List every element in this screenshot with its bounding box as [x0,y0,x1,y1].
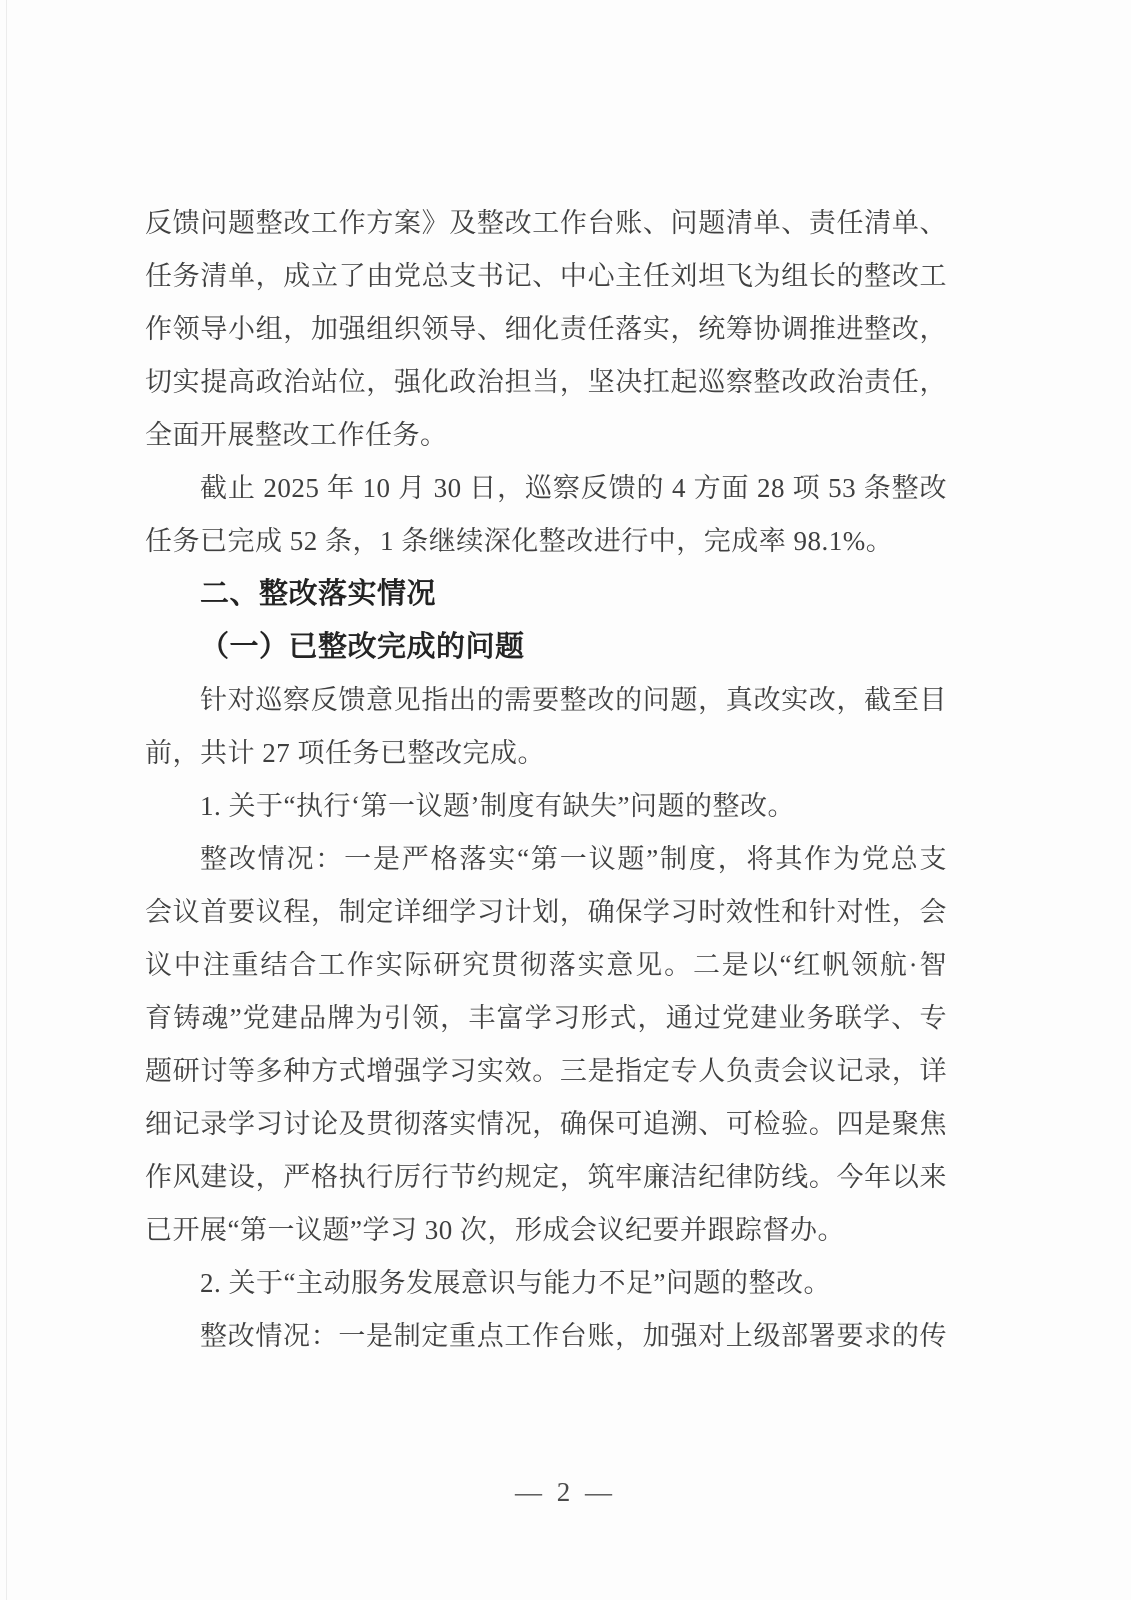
text-line: 反馈问题整改工作方案》及整改工作台账、问题清单、责任清单、 [145,197,947,250]
scan-edge-artifact [6,0,7,1600]
text-line: 题研讨等多种方式增强学习实效。三是指定专人负责会议记录，详 [145,1045,947,1098]
text-line: 全面开展整改工作任务。 [145,409,947,462]
scanned-document-page: 反馈问题整改工作方案》及整改工作台账、问题清单、责任清单、 任务清单，成立了由党… [0,0,1131,1600]
text-line: 任务清单，成立了由党总支书记、中心主任刘坦飞为组长的整改工 [145,250,947,303]
text-line: 作风建设，严格执行厉行节约规定，筑牢廉洁纪律防线。今年以来 [145,1151,947,1204]
text-line: 截止 2025 年 10 月 30 日，巡察反馈的 4 方面 28 项 53 条… [145,462,947,515]
text-line: 已开展“第一议题”学习 30 次，形成会议纪要并跟踪督办。 [145,1204,947,1257]
item-heading: 2. 关于“主动服务发展意识与能力不足”问题的整改。 [145,1257,947,1310]
text-line: 针对巡察反馈意见指出的需要整改的问题，真改实改，截至目 [145,674,947,727]
subsection-heading: （一）已整改完成的问题 [145,621,947,674]
text-line: 细记录学习讨论及贯彻落实情况，确保可追溯、可检验。四是聚焦 [145,1098,947,1151]
text-line: 作领导小组，加强组织领导、细化责任落实，统筹协调推进整改， [145,303,947,356]
text-line: 切实提高政治站位，强化政治担当，坚决扛起巡察整改政治责任， [145,356,947,409]
text-line: 前，共计 27 项任务已整改完成。 [145,727,947,780]
text-line: 议中注重结合工作实际研究贯彻落实意见。二是以“红帆领航·智 [145,939,947,992]
text-line: 任务已完成 52 条，1 条继续深化整改进行中，完成率 98.1%。 [145,515,947,568]
section-heading: 二、整改落实情况 [145,568,947,621]
text-line: 育铸魂”党建品牌为引领，丰富学习形式，通过党建业务联学、专 [145,992,947,1045]
text-line: 整改情况：一是制定重点工作台账，加强对上级部署要求的传 [145,1310,947,1363]
item-heading: 1. 关于“执行‘第一议题’制度有缺失”问题的整改。 [145,780,947,833]
document-body: 反馈问题整改工作方案》及整改工作台账、问题清单、责任清单、 任务清单，成立了由党… [145,197,947,1363]
page-number: — 2 — [0,1466,1131,1519]
text-line: 整改情况：一是严格落实“第一议题”制度，将其作为党总支 [145,833,947,886]
text-line: 会议首要议程，制定详细学习计划，确保学习时效性和针对性，会 [145,886,947,939]
